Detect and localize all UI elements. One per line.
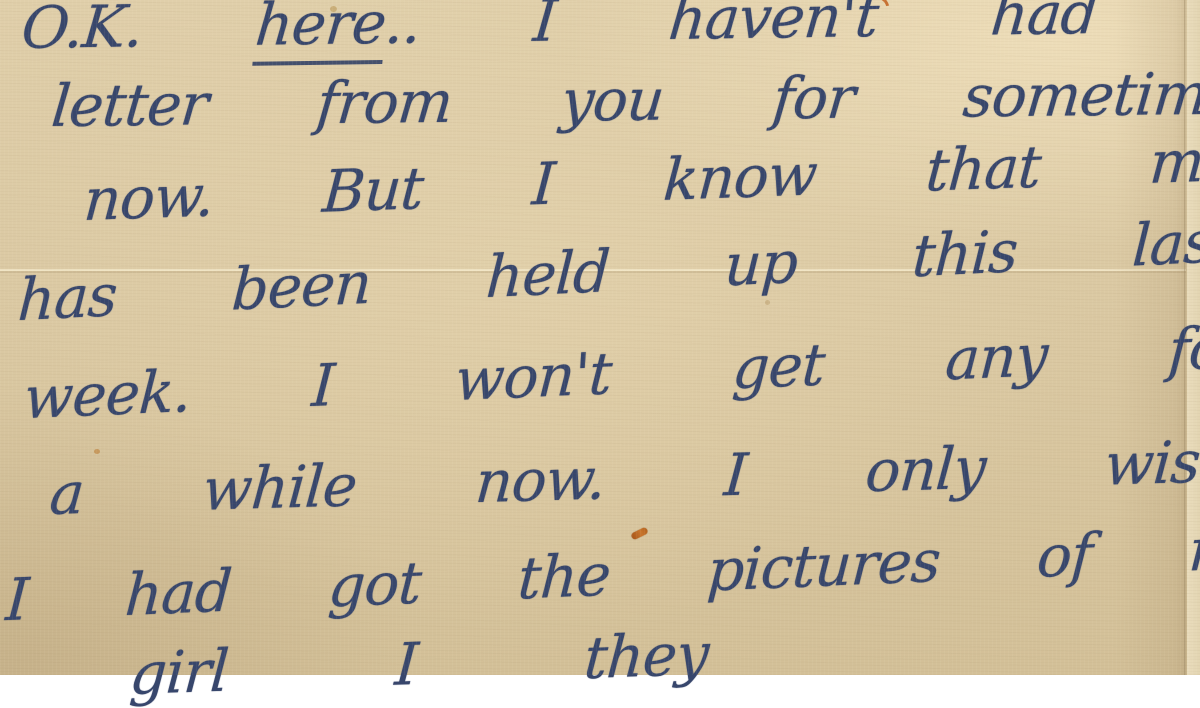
paper-speck xyxy=(94,449,100,454)
handwritten-line-8-clipped: girl I they xyxy=(128,620,711,675)
underlined-word: here xyxy=(252,0,389,66)
line1-prefix: O.K. xyxy=(19,0,259,62)
handwritten-line-2: letter from you for sometime xyxy=(49,60,1200,141)
handwritten-line-6: a while now. I only wish xyxy=(47,427,1200,528)
handwritten-line-1: O.K. here.. I haven't had a xyxy=(19,0,1200,62)
paper-speck xyxy=(765,300,770,305)
handwritten-line-7: I had got the pictures of my xyxy=(4,513,1200,634)
handwritten-line-5: week. I won't get any for xyxy=(22,313,1200,433)
line1-suffix: .. I haven't had a xyxy=(382,0,1200,57)
letter-paper: O.K. here.. I haven't had a letter from … xyxy=(0,0,1200,675)
